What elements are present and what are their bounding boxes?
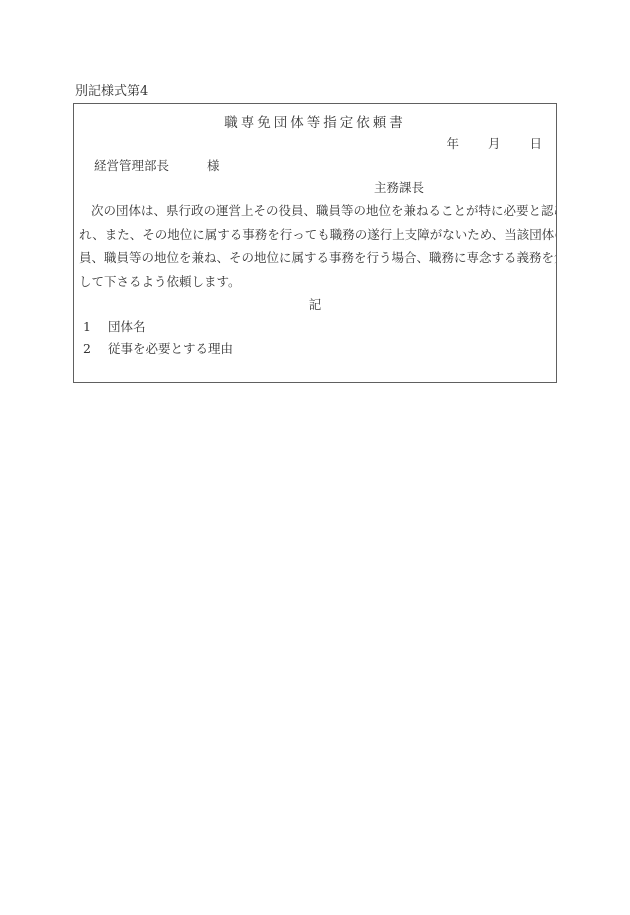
form-border-box: 職専免団体等指定依頼書 年 月 日 経営管理部長 様 主務課長 次の団体は、県行… [73, 103, 557, 383]
request-body-paragraph: 次の団体は、県行政の運営上その役員、職員等の地位を兼ねることが特に必要と認めら … [74, 199, 556, 293]
recipient-honorific: 様 [207, 155, 220, 177]
sender-title: 主務課長 [74, 177, 556, 199]
date-line: 年 月 日 [74, 133, 556, 155]
date-day-label: 日 [529, 133, 542, 155]
date-year-label: 年 [446, 136, 459, 151]
date-month-label: 月 [488, 133, 501, 155]
document-page: 別記様式第4 職専免団体等指定依頼書 年 月 日 経営管理部長 様 主務課長 次… [0, 0, 630, 915]
recipient-title: 経営管理部長 [94, 158, 169, 173]
list-item-label: 従事を必要とする理由 [108, 341, 233, 356]
form-number-label: 別記様式第4 [75, 84, 148, 100]
form-title: 職専免団体等指定依頼書 [74, 113, 556, 133]
ki-separator-heading: 記 [74, 293, 556, 316]
body-line: 次の団体は、県行政の運営上その役員、職員等の地位を兼ねることが特に必要と認めら [79, 199, 551, 223]
list-item-number: 1 [83, 316, 91, 338]
body-line: して下さるよう依頼します。 [79, 270, 551, 294]
list-item-label: 団体名 [108, 319, 146, 334]
body-line: 員、職員等の地位を兼ね、その地位に属する事務を行う場合、職務に専念する義務を免除 [79, 246, 551, 270]
recipient-line: 経営管理部長 様 [74, 155, 556, 177]
list-item: 2 従事を必要とする理由 [74, 338, 556, 360]
list-item: 1 団体名 [74, 316, 556, 338]
list-item-number: 2 [83, 338, 91, 360]
body-line: れ、また、その地位に属する事務を行っても職務の遂行上支障がないため、当該団体の役 [79, 223, 551, 247]
